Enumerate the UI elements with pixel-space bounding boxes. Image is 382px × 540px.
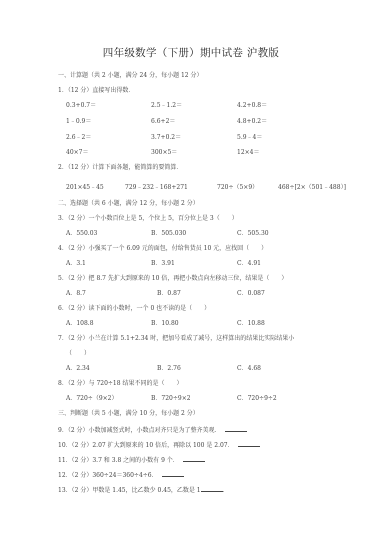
question-9-stem: 9．（2 分）小数加减竖式时，小数点对齐只是为了整齐美观．	[58, 427, 221, 434]
question-12: 12．（2 分）360÷24＝360÷4÷6．	[58, 470, 184, 480]
question-8-stem: 8．（2 分）与 720÷18 结果不同的是（ ）	[58, 380, 182, 388]
option-b: B．3.91	[151, 260, 175, 268]
q7-options: A．2.34 B．2.76 C．4.68	[66, 365, 366, 373]
question-2-stem: 2．（12 分）计算下面各题，能简算的要简算．	[58, 164, 182, 172]
q1-item: 5.9﹣4＝	[237, 134, 262, 142]
question-11: 11．（2 分）3.7 和 3.8 之间的小数有 9 个．	[58, 455, 205, 465]
option-a: A．2.34	[66, 365, 90, 373]
option-c: C．4.91	[237, 260, 261, 268]
q2-item: 720÷（5×9）	[217, 184, 258, 192]
q1-item: 12×4＝	[237, 149, 259, 157]
question-12-stem: 12．（2 分）360÷24＝360÷4÷6．	[58, 472, 158, 479]
question-7-paren: （ ）	[66, 350, 90, 358]
option-a: A．8.7	[66, 290, 86, 298]
question-5-stem: 5．（2 分）把 8.7 先扩大到原来的 10 倍，再把小数点向左移动三位，结果…	[58, 275, 287, 283]
q1-item: 2.6﹣2＝	[66, 134, 91, 142]
option-a: A．108.8	[66, 320, 94, 328]
question-13-stem: 13．（2 分）甲数是 1.45，比乙数少 0.45，乙数是 1	[58, 487, 201, 494]
section-heading-1: 一、计算题（共 2 小题，满分 24 分，每小题 12 分）	[58, 72, 203, 80]
option-c: C．505.30	[237, 230, 269, 238]
q1-row: 40×7＝ 300×5＝ 12×4＝	[66, 149, 366, 157]
question-1-stem: 1．（12 分）直接写出得数．	[58, 87, 134, 95]
answer-blank[interactable]	[183, 455, 205, 462]
q2-item: 201×45﹣45	[66, 184, 104, 192]
question-6-stem: 6．（2 分）读下面的小数时，一个 0 也不读的是（ ）	[58, 305, 210, 313]
q1-row: 1﹣0.9＝ 6.6+2＝ 4.8+0.2＝	[66, 118, 366, 126]
question-10: 10．（2 分）2.07 扩大到原来的 10 倍后，再除以 100 是 2.07…	[58, 440, 260, 450]
option-c: C．0.087	[237, 290, 265, 298]
question-3-stem: 3．（2 分）一个小数百位上是 5，个位上 5，百分位上是 3（ ）	[58, 215, 238, 223]
q2-item: 468÷[2×（501﹣488）]	[278, 184, 346, 192]
q4-options: A．3.1 B．3.91 C．4.91	[66, 260, 366, 268]
section-heading-3: 三、判断题（共 5 小题，满分 10 分，每小题 2 分）	[58, 410, 199, 418]
option-b: B．0.87	[157, 290, 181, 298]
answer-blank[interactable]	[225, 425, 247, 432]
question-7-stem: 7．（2 分）小兰在计算 5.1+2.34 时，把加号看成了减号，这样算出的结果…	[58, 335, 294, 343]
q1-item: 300×5＝	[151, 149, 177, 157]
answer-blank[interactable]	[238, 440, 260, 447]
question-13-suffix: ．	[223, 487, 229, 494]
option-a: A．550.03	[66, 230, 97, 238]
question-13: 13．（2 分）甲数是 1.45，比乙数少 0.45，乙数是 1．	[58, 485, 229, 495]
q1-item: 4.8+0.2＝	[237, 118, 267, 126]
q1-item: 0.3+0.7＝	[66, 102, 96, 110]
option-a: A．3.1	[66, 260, 86, 268]
q1-item: 6.6+2＝	[151, 118, 175, 126]
option-a: A．720÷（9×2）	[66, 395, 117, 403]
q1-item: 1﹣0.9＝	[66, 118, 91, 126]
q1-row: 2.6﹣2＝ 3.7+0.2＝ 5.9﹣4＝	[66, 134, 366, 142]
q6-options: A．108.8 B．10.80 C．10.88	[66, 320, 366, 328]
option-b: B．505.030	[151, 230, 186, 238]
q2-row: 201×45﹣45 729﹣232﹣168+271 720÷（5×9） 468÷…	[66, 184, 366, 192]
q1-item: 40×7＝	[66, 149, 88, 157]
option-b: B．720÷9×2	[151, 395, 191, 403]
question-11-stem: 11．（2 分）3.7 和 3.8 之间的小数有 9 个．	[58, 457, 179, 464]
option-b: B．2.76	[157, 365, 181, 373]
q1-item: 4.2+0.8＝	[237, 102, 267, 110]
option-c: C．720÷9÷2	[237, 395, 277, 403]
q3-options: A．550.03 B．505.030 C．505.30	[66, 230, 366, 238]
page-title: 四年级数学（下册）期中试卷 沪教版	[0, 45, 382, 60]
section-heading-2: 二、选择题（共 6 小题，满分 12 分，每小题 2 分）	[58, 200, 199, 208]
option-c: C．4.68	[237, 365, 261, 373]
q1-item: 3.7+0.2＝	[151, 134, 181, 142]
exam-page: 四年级数学（下册）期中试卷 沪教版 一、计算题（共 2 小题，满分 24 分，每…	[0, 0, 382, 540]
answer-blank[interactable]	[162, 470, 184, 477]
option-c: C．10.88	[237, 320, 265, 328]
answer-blank[interactable]	[201, 485, 223, 492]
q1-item: 2.5﹣1.2＝	[151, 102, 182, 110]
q2-item: 729﹣232﹣168+271	[125, 184, 188, 192]
question-9: 9．（2 分）小数加减竖式时，小数点对齐只是为了整齐美观．	[58, 425, 247, 435]
q5-options: A．8.7 B．0.87 C．0.087	[66, 290, 366, 298]
option-b: B．10.80	[151, 320, 179, 328]
q1-row: 0.3+0.7＝ 2.5﹣1.2＝ 4.2+0.8＝	[66, 102, 366, 110]
question-4-stem: 4．（2 分）小强买了一个 6.09 元的面包，付给售货员 10 元，应找回（ …	[58, 245, 267, 253]
question-10-stem: 10．（2 分）2.07 扩大到原来的 10 倍后，再除以 100 是 2.07…	[58, 442, 234, 449]
q8-options: A．720÷（9×2） B．720÷9×2 C．720÷9÷2	[66, 395, 366, 403]
